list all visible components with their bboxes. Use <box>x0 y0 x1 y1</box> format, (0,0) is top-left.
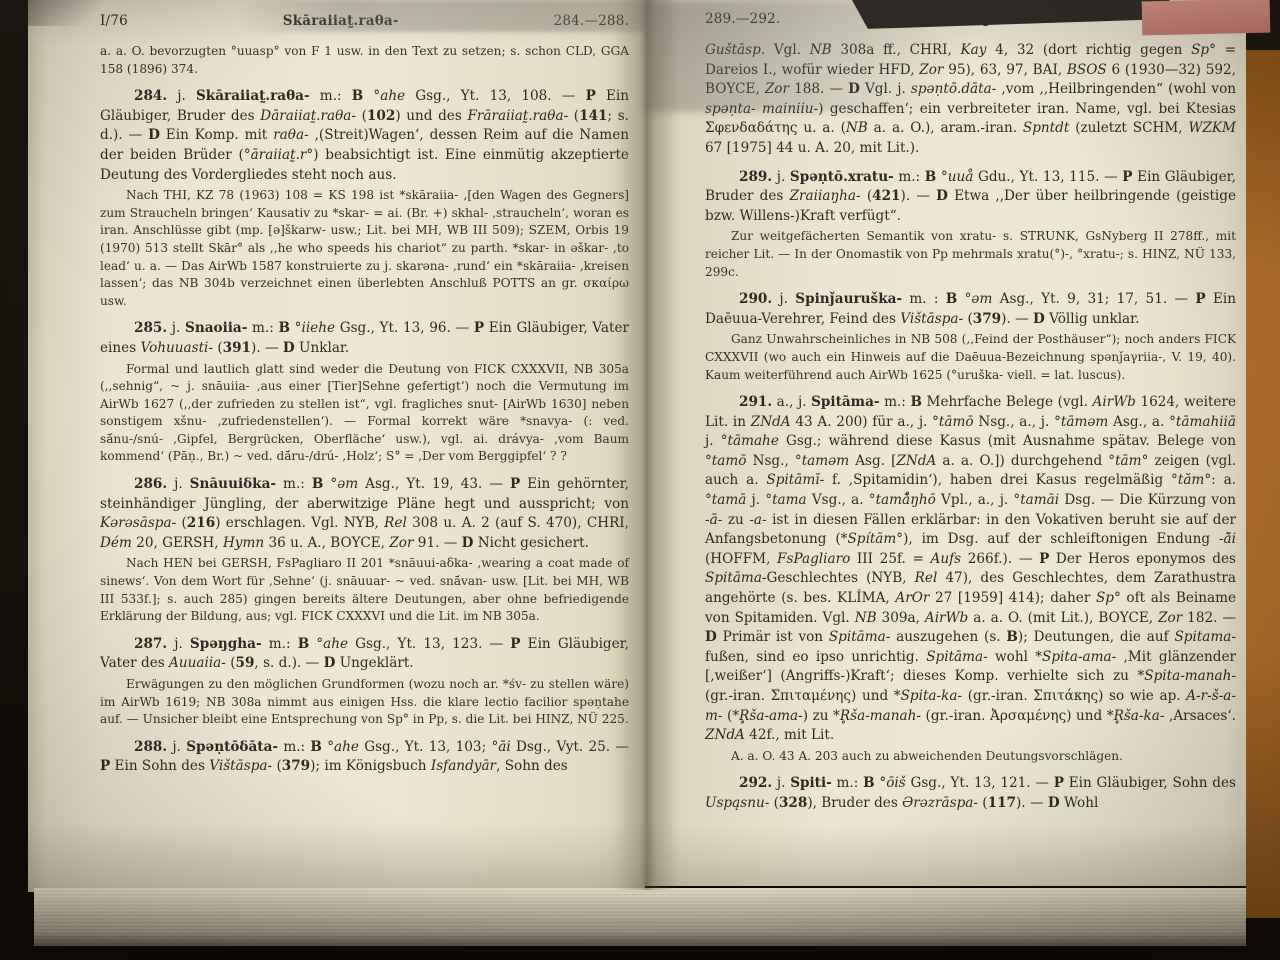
book-cover-edge <box>1246 50 1280 918</box>
paragraph: 287. j. Spəŋgha- m.: B °ahe Gsg., Yt. 13… <box>100 635 629 674</box>
paragraph: 290. j. Spinǰauruška- m. : B °əm Asg., Y… <box>705 290 1236 329</box>
left-page-body: a. a. O. bevorzugten °uuasp° von F 1 usw… <box>100 43 629 777</box>
paragraph: 288. j. Spəṇtōδāta- m.: B °ahe Gsg., Yt.… <box>100 738 629 777</box>
paragraph: 289. j. Spəṇtō.xratu- m.: B °uuå Gdu., Y… <box>705 168 1236 227</box>
book-photo: I/76 Skāraiiat̰.raθa- 284.—288. a. a. O.… <box>0 0 1280 960</box>
paragraph: 291. a., j. Spitāma- m.: B Mehrfache Bel… <box>705 393 1236 746</box>
paragraph: 285. j. Snaoiia- m.: B °iiehe Gsg., Yt. … <box>100 319 629 358</box>
left-page-inner: I/76 Skāraiiat̰.raθa- 284.—288. a. a. O.… <box>28 0 645 777</box>
paragraph: 284. j. Skāraiiat̰.raθa- m.: B °ahe Gsg.… <box>100 87 629 185</box>
paragraph: A. a. O. 43 A. 203 auch zu abweichenden … <box>705 748 1236 766</box>
paragraph: Guštāsp. Vgl. NB 308a ff., CHRI, Kay 4, … <box>705 41 1236 159</box>
right-entry-range: 289.—292. <box>705 11 780 27</box>
paragraph: Zur weitgefächerten Semantik von xratu- … <box>705 228 1236 281</box>
left-entry-range: 284.—288. <box>554 13 629 29</box>
left-running-title: Skāraiiat̰.raθa- <box>128 13 554 29</box>
right-page: 289.—292. Spiti- I/77 Guštāsp. Vgl. NB 3… <box>645 0 1246 886</box>
page-edges-stack <box>34 888 1246 946</box>
paragraph: a. a. O. bevorzugten °uuasp° von F 1 usw… <box>100 43 629 78</box>
paragraph: Formal und lautlich glatt sind weder die… <box>100 361 629 467</box>
left-page: I/76 Skāraiiat̰.raθa- 284.—288. a. a. O.… <box>28 0 645 892</box>
right-page-body: Guštāsp. Vgl. NB 308a ff., CHRI, Kay 4, … <box>705 41 1236 814</box>
paragraph: 292. j. Spiti- m.: B °ōiš Gsg., Yt. 13, … <box>705 774 1236 813</box>
left-page-number: I/76 <box>100 13 128 29</box>
paragraph: Nach THI, KZ 78 (1963) 108 = KS 198 ist … <box>100 187 629 310</box>
right-page-inner: 289.—292. Spiti- I/77 Guštāsp. Vgl. NB 3… <box>645 0 1246 814</box>
bookmark-ribbon <box>1142 0 1271 35</box>
paragraph: Nach HEN bei GERSH, FsPagliaro II 201 *s… <box>100 555 629 625</box>
paragraph: Ganz Unwahrscheinliches in NB 508 (,,Fei… <box>705 331 1236 384</box>
paragraph: Erwägungen zu den möglichen Grundformen … <box>100 676 629 729</box>
left-page-header: I/76 Skāraiiat̰.raθa- 284.—288. <box>100 13 629 29</box>
paragraph: 286. j. Snāuuiδka- m.: B °əm Asg., Yt. 1… <box>100 475 629 553</box>
